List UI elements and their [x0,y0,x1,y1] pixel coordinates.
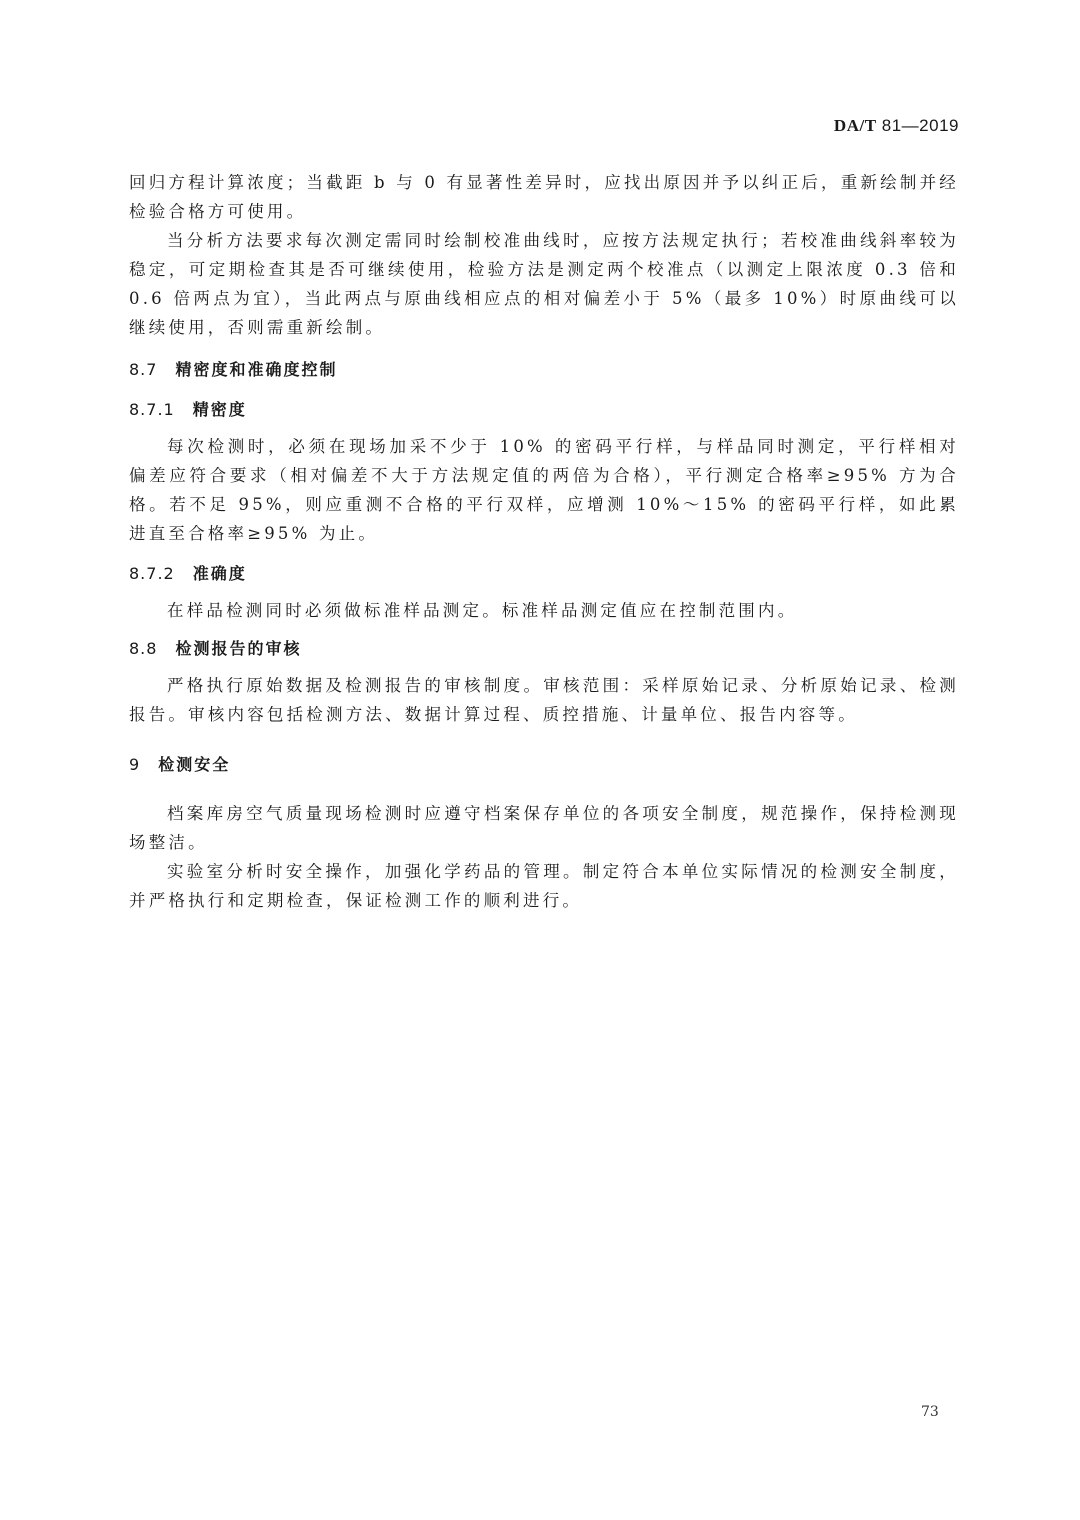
section-heading-8-7-1: 8.7.1精密度 [129,396,959,424]
section-number: 8.7.1 [129,400,175,419]
page-body: 回归方程计算浓度；当截距 b 与 0 有显著性差异时，应找出原因并予以纠正后，重… [129,168,959,915]
section-number: 9 [129,755,140,774]
paragraph-accuracy: 在样品检测同时必须做标准样品测定。标准样品测定值应在控制范围内。 [129,596,959,625]
section-heading-8-8: 8.8检测报告的审核 [129,635,959,663]
section-title: 检测报告的审核 [175,639,301,658]
section-title: 准确度 [193,564,247,583]
section-title: 检测安全 [158,755,230,774]
section-number: 8.7 [129,360,157,379]
section-heading-9: 9检测安全 [129,751,959,779]
document-code-prefix: DA/T [834,116,877,135]
paragraph-site-safety: 档案库房空气质量现场检测时应遵守档案保存单位的各项安全制度，规范操作，保持检测现… [129,799,959,857]
section-title: 精密度和准确度控制 [175,360,337,379]
section-heading-8-7: 8.7精密度和准确度控制 [129,356,959,384]
section-heading-8-7-2: 8.7.2准确度 [129,560,959,588]
page-number: 73 [921,1404,939,1420]
document-code-number: 81—2019 [877,116,959,135]
paragraph-report-review: 严格执行原始数据及检测报告的审核制度。审核范围：采样原始记录、分析原始记录、检测… [129,671,959,729]
paragraph-precision: 每次检测时，必须在现场加采不少于 10% 的密码平行样，与样品同时测定，平行样相… [129,432,959,548]
section-title: 精密度 [193,400,247,419]
section-number: 8.7.2 [129,564,175,583]
section-number: 8.8 [129,639,157,658]
document-code: DA/T 81—2019 [834,116,959,136]
paragraph-regression: 回归方程计算浓度；当截距 b 与 0 有显著性差异时，应找出原因并予以纠正后，重… [129,168,959,226]
paragraph-lab-safety: 实验室分析时安全操作，加强化学药品的管理。制定符合本单位实际情况的检测安全制度，… [129,857,959,915]
paragraph-calibration: 当分析方法要求每次测定需同时绘制校准曲线时，应按方法规定执行；若校准曲线斜率较为… [129,226,959,342]
